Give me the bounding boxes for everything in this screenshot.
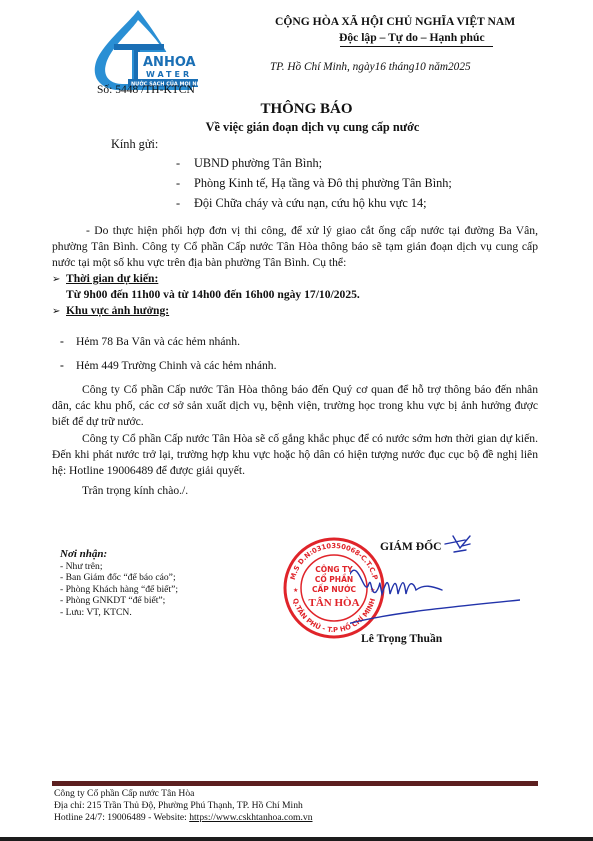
time-value: Từ 9h00 đến 11h00 và từ 14h00 đến 16h00 … (66, 288, 360, 302)
dash-bullet: - (60, 359, 76, 372)
recipient-text: UBND phường Tân Bình; (194, 156, 322, 170)
recipient-text: Phòng Kinh tế, Hạ tầng và Đô thị phường … (194, 176, 452, 190)
distribution-title: Nơi nhận: (60, 549, 178, 561)
time-heading: ➢Thời gian dự kiến: (52, 272, 158, 285)
director-name: Lê Trọng Thuần (361, 632, 442, 645)
recipient-item: -Đội Chữa cháy và cứu nạn, cứu hộ khu vự… (176, 196, 427, 211)
area-heading: ➢Khu vực ảnh hưởng: (52, 304, 169, 317)
support-paragraph: Công ty Cổ phần Cấp nước Tân Hòa thông b… (52, 382, 538, 430)
handwritten-signature (350, 534, 520, 634)
footer-contact: Hotline 24/7: 19006489 - Website: https:… (54, 812, 313, 823)
tan-hoa-water-logo: ANHOA WATER NƯỚC SẠCH CỦA MỌI NHÀ (92, 8, 200, 92)
intro-paragraph: - Do thực hiện phối hợp đơn vị thi công,… (52, 223, 538, 271)
svg-text:ANHOA: ANHOA (143, 55, 196, 70)
greeting: Kính gửi: (111, 137, 158, 152)
svg-text:CÔNG TY: CÔNG TY (315, 565, 353, 574)
dash-bullet: - (60, 335, 76, 348)
recipient-item: -Phòng Kinh tế, Hạ tầng và Đô thị phường… (176, 176, 452, 191)
svg-text:★: ★ (293, 587, 298, 594)
website-link[interactable]: https://www.cskhtanhoa.com.vn (189, 812, 312, 823)
distribution-list: Nơi nhận: - Như trên; - Ban Giám đốc “để… (60, 549, 178, 618)
footer-address: Địa chỉ: 215 Trần Thủ Độ, Phường Phú Thạ… (54, 800, 303, 811)
distribution-item: - Lưu: VT, KTCN. (60, 607, 178, 619)
footer-hotline: Hotline 24/7: 19006489 - Website: (54, 812, 189, 823)
document-number: Số: 5448 /TH-KTCN (97, 84, 195, 96)
notice-title: THÔNG BÁO (0, 101, 593, 118)
fix-paragraph: Công ty Cổ phần Cấp nước Tân Hòa sẽ cố g… (52, 431, 538, 479)
distribution-item: - Phòng GNKDT “để biết”; (60, 595, 178, 607)
area-item: -Hẻm 78 Ba Vân và các hẻm nhánh. (60, 335, 240, 348)
svg-text:WATER: WATER (146, 70, 192, 79)
closing: Trân trọng kính chào./. (82, 484, 188, 498)
recipient-item: -UBND phường Tân Bình; (176, 156, 322, 171)
bottom-edge-strip (0, 837, 593, 841)
dash-bullet: - (176, 156, 194, 171)
national-title: CỘNG HÒA XÃ HỘI CHỦ NGHĨA VIỆT NAM (275, 15, 515, 28)
distribution-item: - Như trên; (60, 561, 178, 573)
recipient-text: Đội Chữa cháy và cứu nạn, cứu hộ khu vực… (194, 196, 427, 210)
distribution-item: - Ban Giám đốc “để báo cáo”; (60, 572, 178, 584)
arrow-bullet-icon: ➢ (52, 306, 66, 317)
footer-divider (52, 781, 538, 786)
arrow-bullet-icon: ➢ (52, 274, 66, 285)
dash-bullet: - (176, 176, 194, 191)
dash-bullet: - (176, 196, 194, 211)
area-heading-text: Khu vực ảnh hưởng: (66, 304, 169, 317)
area-item: -Hẻm 449 Trường Chinh và các hẻm nhánh. (60, 359, 276, 372)
date-line: TP. Hồ Chí Minh, ngày16 tháng10 năm2025 (270, 61, 471, 73)
notice-subtitle: Về việc gián đoạn dịch vụ cung cấp nước (0, 120, 593, 135)
area-text: Hẻm 449 Trường Chinh và các hẻm nhánh. (76, 359, 276, 372)
footer-company: Công ty Cổ phần Cấp nước Tân Hòa (54, 788, 194, 799)
national-motto: Độc lập – Tự do – Hạnh phúc (339, 31, 485, 44)
time-heading-text: Thời gian dự kiến: (66, 272, 158, 285)
svg-text:CỔ PHẦN: CỔ PHẦN (315, 574, 353, 584)
distribution-item: - Phòng Khách hàng “để biết”; (60, 584, 178, 596)
area-text: Hẻm 78 Ba Vân và các hẻm nhánh. (76, 335, 240, 348)
motto-underline (340, 46, 493, 47)
